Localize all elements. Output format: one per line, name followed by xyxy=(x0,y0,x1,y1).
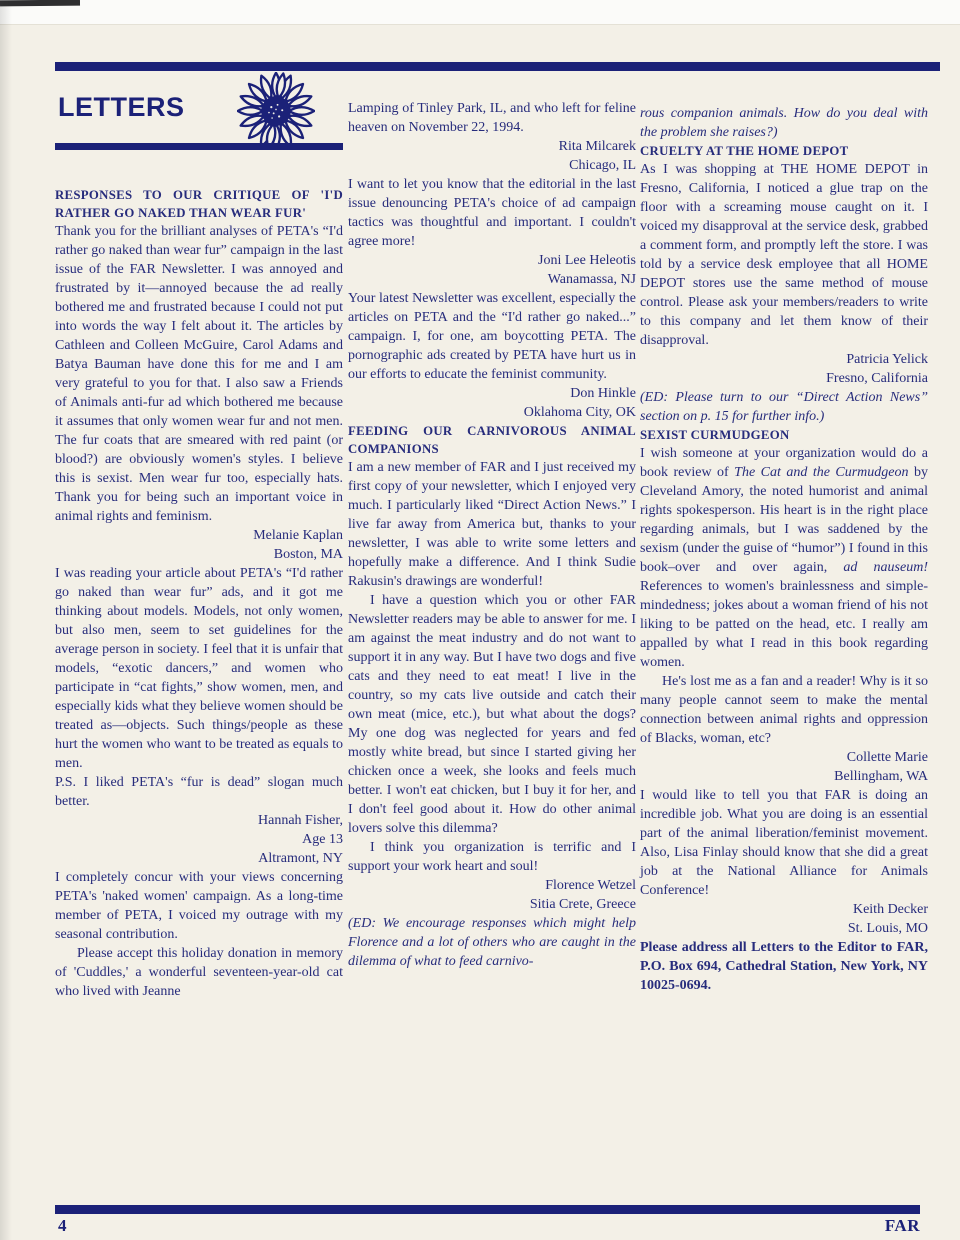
signature: Joni Lee Heleotis Wanamassa, NJ xyxy=(348,251,636,289)
signature-line: Boston, MA xyxy=(55,545,343,564)
scan-edge-shadow xyxy=(0,0,12,1240)
signature: Florence Wetzel Sitia Crete, Greece xyxy=(348,876,636,914)
signature-line: Rita Milcarek xyxy=(348,137,636,156)
book-title: The Cat and the Curmudgeon xyxy=(734,465,908,480)
signature-line: Altramont, NY xyxy=(55,849,343,868)
column-1: RESPONSES TO OUR CRITIQUE OF 'I'D RATHER… xyxy=(55,186,343,1001)
signature: Collette Marie Bellingham, WA xyxy=(640,748,928,786)
header-divider xyxy=(55,143,343,150)
letter-heading: CRUELTY AT THE HOME DEPOT xyxy=(640,142,928,160)
letter-paragraph: Your latest Newsletter was excellent, es… xyxy=(348,289,636,384)
signature: Patricia Yelick Fresno, California xyxy=(640,350,928,388)
signature: Hannah Fisher, Age 13 Altramont, NY xyxy=(55,811,343,868)
letter-paragraph: I have a question which you or other FAR… xyxy=(348,591,636,838)
signature-line: Chicago, IL xyxy=(348,156,636,175)
letter-paragraph: I think you organization is terrific and… xyxy=(348,838,636,876)
signature-line: Oklahoma City, OK xyxy=(348,403,636,422)
letter-paragraph: P.S. I liked PETA's “fur is dead” slogan… xyxy=(55,773,343,811)
signature: Keith Decker St. Louis, MO xyxy=(640,900,928,938)
signature-line: Florence Wetzel xyxy=(348,876,636,895)
editor-note: rous companion animals. How do you deal … xyxy=(640,104,928,142)
newsletter-brand: FAR xyxy=(885,1216,920,1236)
signature-line: Age 13 xyxy=(55,830,343,849)
letter-paragraph: I wish someone at your organization woul… xyxy=(640,444,928,672)
sunflower-icon xyxy=(237,72,315,150)
letter-paragraph: I want to let you know that the editoria… xyxy=(348,175,636,251)
text-segment: by Cleveland Amory, the noted humorist a… xyxy=(640,465,928,575)
letters-address-notice: Please address all Letters to the Editor… xyxy=(640,938,928,995)
letter-heading: SEXIST CURMUDGEON xyxy=(640,426,928,444)
editor-note: (ED: Please turn to our “Direct Action N… xyxy=(640,388,928,426)
signature-line: Sitia Crete, Greece xyxy=(348,895,636,914)
letter-paragraph: I would like to tell you that FAR is doi… xyxy=(640,786,928,900)
scan-edge-band xyxy=(0,0,960,25)
letter-paragraph: Please accept this holiday donation in m… xyxy=(55,944,343,1001)
letter-paragraph: I completely concur with your views conc… xyxy=(55,868,343,944)
column-3: rous companion animals. How do you deal … xyxy=(640,104,928,995)
signature-line: Wanamassa, NJ xyxy=(348,270,636,289)
signature: Rita Milcarek Chicago, IL xyxy=(348,137,636,175)
signature-line: Keith Decker xyxy=(640,900,928,919)
signature-line: Patricia Yelick xyxy=(640,350,928,369)
letter-paragraph: He's lost me as a fan and a reader! Why … xyxy=(640,672,928,748)
signature: Melanie Kaplan Boston, MA xyxy=(55,526,343,564)
signature: Don Hinkle Oklahoma City, OK xyxy=(348,384,636,422)
page-number: 4 xyxy=(58,1216,67,1236)
editor-note: (ED: We encourage responses which might … xyxy=(348,914,636,971)
top-divider xyxy=(55,62,940,71)
letter-paragraph: I am a new member of FAR and I just rece… xyxy=(348,458,636,591)
letter-heading: FEEDING OUR CARNIVOROUS ANIMAL COMPANION… xyxy=(348,422,636,458)
column-2: Lamping of Tinley Park, IL, and who left… xyxy=(348,99,636,971)
signature-line: St. Louis, MO xyxy=(640,919,928,938)
latin-phrase: ad nauseum! xyxy=(843,560,928,575)
letter-paragraph: Thank you for the brilliant analyses of … xyxy=(55,222,343,526)
signature-line: Melanie Kaplan xyxy=(55,526,343,545)
page-title: LETTERS xyxy=(58,92,185,123)
signature-line: Don Hinkle xyxy=(348,384,636,403)
bottom-divider xyxy=(55,1205,920,1214)
signature-line: Bellingham, WA xyxy=(640,767,928,786)
signature-line: Joni Lee Heleotis xyxy=(348,251,636,270)
signature-line: Collette Marie xyxy=(640,748,928,767)
text-segment: References to women's brainlessness and … xyxy=(640,579,928,670)
letter-paragraph: As I was shopping at THE HOME DEPOT in F… xyxy=(640,160,928,350)
letter-heading: RESPONSES TO OUR CRITIQUE OF 'I'D RATHER… xyxy=(55,186,343,222)
signature-line: Hannah Fisher, xyxy=(55,811,343,830)
signature-line: Fresno, California xyxy=(640,369,928,388)
letter-paragraph: I was reading your article about PETA's … xyxy=(55,564,343,773)
letter-paragraph: Lamping of Tinley Park, IL, and who left… xyxy=(348,99,636,137)
scan-artifact-mark xyxy=(0,0,80,6)
